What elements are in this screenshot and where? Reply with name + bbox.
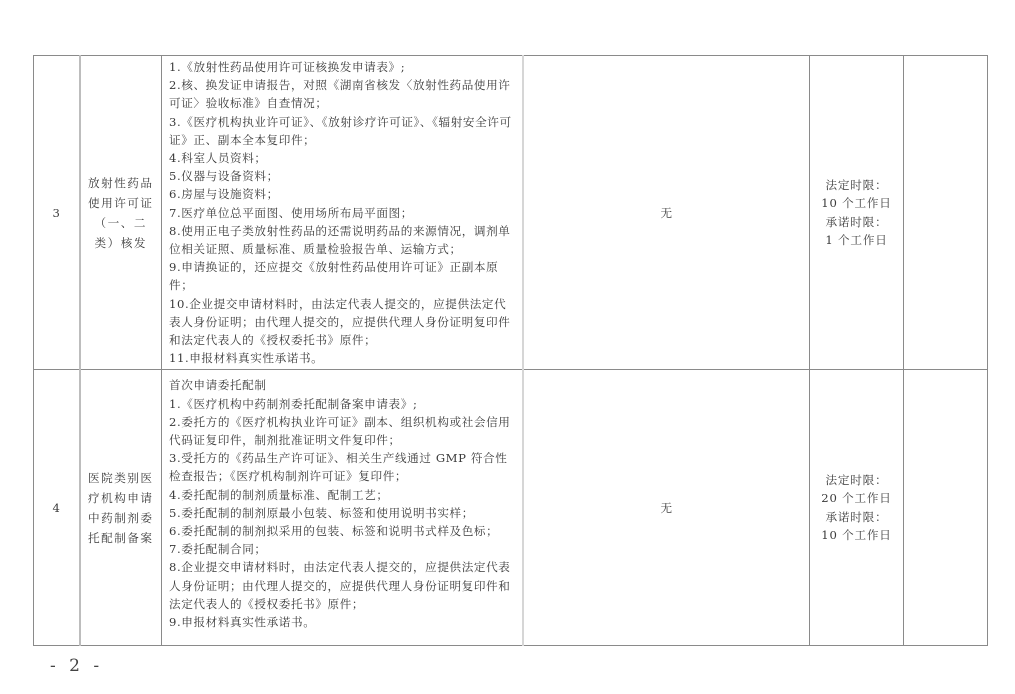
promised-time-value: 10 个工作日 bbox=[810, 526, 903, 545]
material-line: 6.房屋与设施资料； bbox=[169, 185, 518, 203]
remarks bbox=[904, 56, 988, 370]
material-line: 首次申请委托配制 bbox=[169, 376, 518, 394]
material-line: 3.《医疗机构执业许可证》、《放射诊疗许可证》、《辐射安全许可证》正、副本全本复… bbox=[169, 113, 518, 149]
approval-items-table: 3 放射性药品使用许可证（一、二类）核发 1.《放射性药品使用许可证核换发申请表… bbox=[33, 55, 988, 646]
material-line: 2.核、换发证申请报告，对照《湖南省核发〈放射性药品使用许可证〉验收标准》自查情… bbox=[169, 76, 518, 112]
material-line: 1.《放射性药品使用许可证核换发申请表》; bbox=[169, 58, 518, 76]
promised-time-label: 承诺时限： bbox=[810, 508, 903, 527]
material-line: 7.医疗单位总平面图、使用场所布局平面图； bbox=[169, 204, 518, 222]
row-number: 3 bbox=[34, 56, 80, 370]
required-materials: 首次申请委托配制 1.《医疗机构中药制剂委托配制备案申请表》; 2.委托方的《医… bbox=[162, 370, 523, 646]
time-limit: 法定时限： 20 个工作日 承诺时限： 10 个工作日 bbox=[810, 370, 904, 646]
time-limit: 法定时限： 10 个工作日 承诺时限： 1 个工作日 bbox=[810, 56, 904, 370]
table-row: 3 放射性药品使用许可证（一、二类）核发 1.《放射性药品使用许可证核换发申请表… bbox=[34, 56, 988, 370]
legal-time-label: 法定时限： bbox=[810, 176, 903, 195]
material-line: 3.受托方的《药品生产许可证》、相关生产线通过 GMP 符合性检查报告；《医疗机… bbox=[169, 449, 518, 485]
material-line: 10.企业提交申请材料时，由法定代表人提交的，应提供法定代表人身份证明；由代理人… bbox=[169, 295, 518, 350]
legal-time-value: 10 个工作日 bbox=[810, 194, 903, 213]
item-name: 医院类别医疗机构申请中药制剂委托配制备案 bbox=[80, 370, 162, 646]
material-line: 5.仪器与设备资料； bbox=[169, 167, 518, 185]
material-line: 9.申请换证的，还应提交《放射性药品使用许可证》正副本原件； bbox=[169, 258, 518, 294]
material-line: 1.《医疗机构中药制剂委托配制备案申请表》; bbox=[169, 395, 518, 413]
material-line: 11.申报材料真实性承诺书。 bbox=[169, 349, 518, 367]
fee: 无 bbox=[523, 370, 810, 646]
promised-time-value: 1 个工作日 bbox=[810, 231, 903, 250]
material-line: 5.委托配制的制剂原最小包装、标签和使用说明书实样； bbox=[169, 504, 518, 522]
row-number: 4 bbox=[34, 370, 80, 646]
page-number: - 2 - bbox=[50, 656, 103, 676]
promised-time-label: 承诺时限： bbox=[810, 213, 903, 232]
fee: 无 bbox=[523, 56, 810, 370]
material-line: 4.科室人员资料； bbox=[169, 149, 518, 167]
material-line: 8.企业提交申请材料时，由法定代表人提交的，应提供法定代表人身份证明；由代理人提… bbox=[169, 558, 518, 613]
legal-time-label: 法定时限： bbox=[810, 471, 903, 490]
legal-time-value: 20 个工作日 bbox=[810, 489, 903, 508]
material-line: 4.委托配制的制剂质量标准、配制工艺； bbox=[169, 486, 518, 504]
material-line: 9.申报材料真实性承诺书。 bbox=[169, 613, 518, 631]
material-line: 8.使用正电子类放射性药品的还需说明药品的来源情况，调剂单位相关证照、质量标准、… bbox=[169, 222, 518, 258]
material-line: 7.委托配制合同； bbox=[169, 540, 518, 558]
material-line: 6.委托配制的制剂拟采用的包装、标签和说明书式样及色标； bbox=[169, 522, 518, 540]
table-row: 4 医院类别医疗机构申请中药制剂委托配制备案 首次申请委托配制 1.《医疗机构中… bbox=[34, 370, 988, 646]
item-name: 放射性药品使用许可证（一、二类）核发 bbox=[80, 56, 162, 370]
remarks bbox=[904, 370, 988, 646]
required-materials: 1.《放射性药品使用许可证核换发申请表》; 2.核、换发证申请报告，对照《湖南省… bbox=[162, 56, 523, 370]
material-line: 2.委托方的《医疗机构执业许可证》副本、组织机构或社会信用代码证复印件，制剂批准… bbox=[169, 413, 518, 449]
